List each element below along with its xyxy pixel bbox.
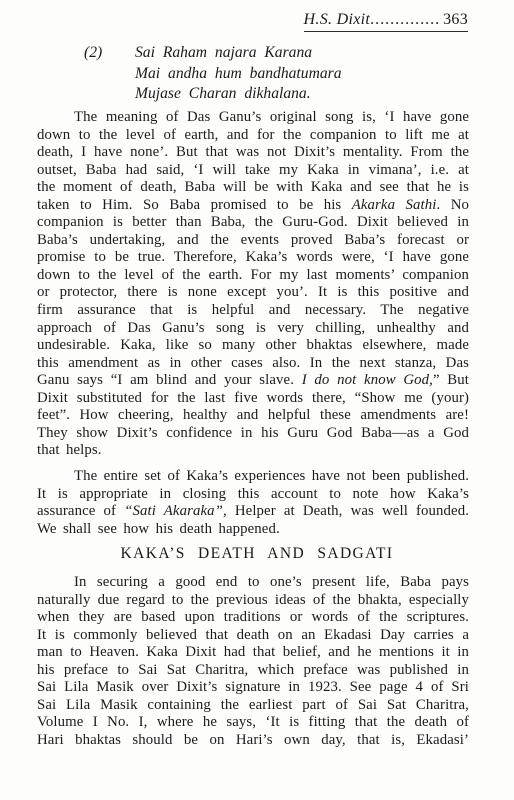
- text-line: his preface to Sai Sat Charitra, which p…: [37, 662, 469, 680]
- text-line: naturally due regard to the previous ide…: [37, 592, 469, 610]
- text-line: promise to be true. Therefore, Kaka’s wo…: [37, 249, 469, 267]
- text-line: It is commonly believed that death on an…: [37, 627, 469, 645]
- text-line: undesirable. Kaka, like so many other bh…: [37, 337, 469, 355]
- verse-lines: Sai Raham najara KaranaMai andha hum ban…: [135, 43, 514, 105]
- paragraph: The entire set of Kaka’s experiences hav…: [37, 468, 469, 538]
- text-line: companion is better than Baba, the Guru-…: [37, 214, 469, 232]
- text-line: down to the level of the earth. For my l…: [37, 267, 469, 285]
- text-line: approach of Das Ganu’s song is very chil…: [37, 320, 469, 338]
- text-line: death, I have none’. But that was not Di…: [37, 144, 469, 162]
- text-line: the moment of death, Baba will be with K…: [37, 179, 469, 197]
- verse-block: (2) Sai Raham najara KaranaMai andha hum…: [0, 43, 514, 105]
- page-number: 363: [440, 11, 468, 28]
- text-line: taken to Him. So Baba promised to be his…: [37, 197, 469, 215]
- running-header: H.S. Dixit..............363: [304, 11, 468, 32]
- paragraph: In securing a good end to one’s present …: [37, 574, 469, 749]
- paragraph: The meaning of Das Ganu’s original song …: [37, 109, 469, 460]
- text-line: outset, Baba had said, ‘I will take my K…: [37, 162, 469, 180]
- text-line: firm assurance that is helpful and neces…: [37, 302, 469, 320]
- text-line: Ganu says “I am blind and your slave. I …: [37, 372, 469, 390]
- text-line: Sai Lila Masik containing the earliest p…: [37, 697, 469, 715]
- verse-line: Mai andha hum bandhatumara: [135, 64, 514, 85]
- header-dot-leader: ..............: [370, 11, 440, 28]
- text-line: Volume I No. I, where he says, ‘It is fi…: [37, 714, 469, 732]
- verse-line: Sai Raham najara Karana: [135, 43, 514, 64]
- text-line: this amendment as in other cases also. I…: [37, 355, 469, 373]
- text-line: when they are based upon traditions or w…: [37, 609, 469, 627]
- text-line: Baba’s undertaking, and the events prove…: [37, 232, 469, 250]
- text-line: The meaning of Das Ganu’s original song …: [37, 109, 469, 127]
- text-line: It is appropriate in closing this accoun…: [37, 486, 469, 504]
- text-line: down to the level of earth, and for the …: [37, 127, 469, 145]
- verse-line: Mujase Charan dikhalana.: [135, 84, 514, 105]
- section-heading: KAKA’S DEATH AND SADGATI: [0, 545, 514, 563]
- text-line: In securing a good end to one’s present …: [37, 574, 469, 592]
- book-page: H.S. Dixit..............363 (2) Sai Raha…: [0, 0, 514, 800]
- text-line: Hari bhaktas should be on Hari’s own day…: [37, 732, 469, 750]
- text-line: The entire set of Kaka’s experiences hav…: [37, 468, 469, 486]
- text-line: Dixit substituted for the last five word…: [37, 390, 469, 408]
- text-line: that helps.: [37, 442, 469, 460]
- text-line: feet”. How cheering, healthy and helpful…: [37, 407, 469, 425]
- text-line: Sai Lila Masik over Dixit’s signature in…: [37, 679, 469, 697]
- text-line: They show Dixit’s confidence in his Guru…: [37, 425, 469, 443]
- text-line: man to Heaven. Kaka Dixit had that belie…: [37, 644, 469, 662]
- text-line: assurance of “Sati Akaraka”, Helper at D…: [37, 503, 469, 521]
- text-line: or protector, there is none except you’.…: [37, 284, 469, 302]
- verse-number: (2): [84, 43, 102, 64]
- header-author: H.S. Dixit: [304, 11, 371, 28]
- text-line: We shall see how his death happened.: [37, 521, 469, 539]
